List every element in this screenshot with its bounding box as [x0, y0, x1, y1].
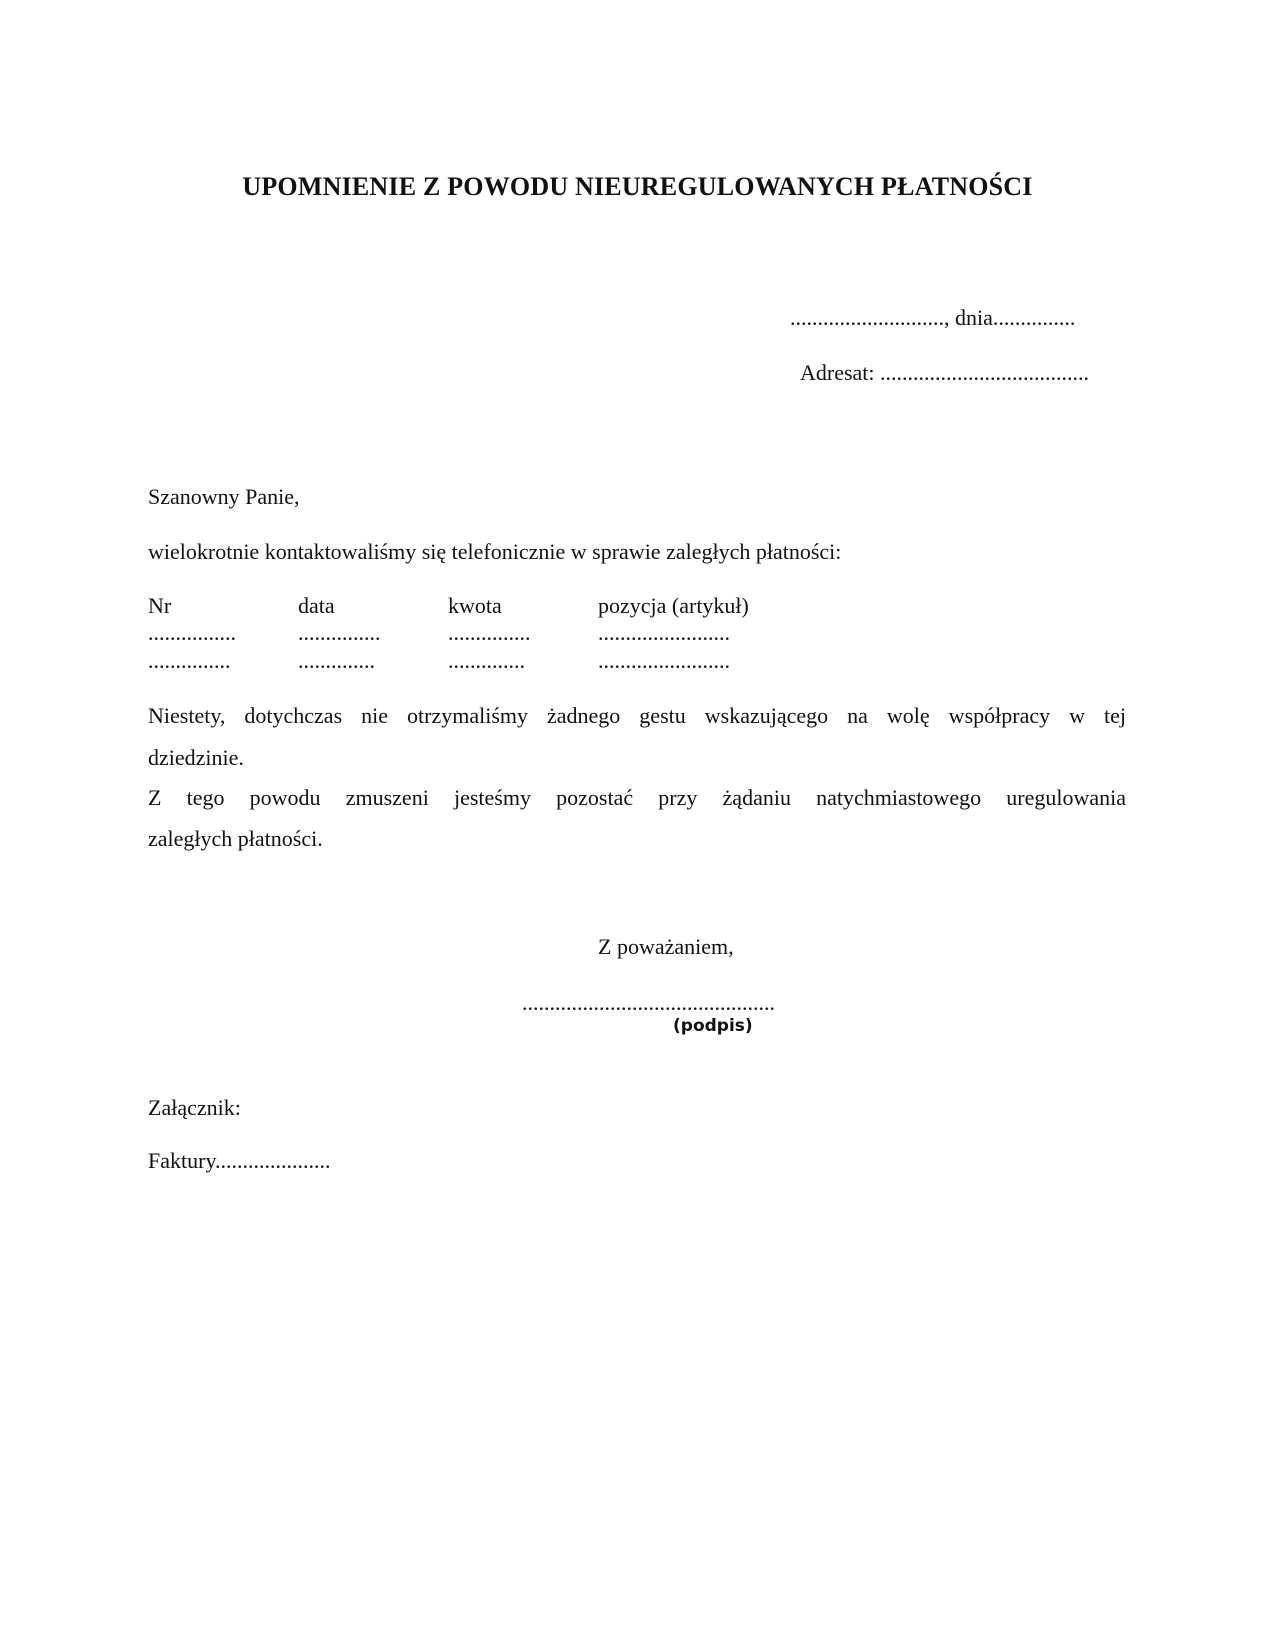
paragraph-2-line-2: zaległych płatności. [148, 826, 323, 852]
table-cell: ............... [148, 648, 231, 674]
document-title: UPOMNIENIE Z POWODU NIEUREGULOWANYCH PŁA… [0, 172, 1275, 202]
addressee-line: Adresat: ...............................… [800, 360, 1089, 386]
table-header-pozycja: pozycja (artykuł) [598, 593, 749, 619]
table-cell: .............. [298, 648, 375, 674]
signature-label: (podpis) [673, 1016, 753, 1036]
paragraph-1-line-2: dziedzinie. [148, 745, 244, 771]
table-cell: ........................ [598, 648, 730, 674]
table-cell: .............. [448, 648, 525, 674]
signature-line: ........................................… [522, 990, 775, 1016]
intro-text: wielokrotnie kontaktowaliśmy się telefon… [148, 539, 841, 565]
table-cell: ........................ [598, 620, 730, 646]
paragraph-2-line-1: Z tego powodu zmuszeni jesteśmy pozostać… [148, 785, 1126, 811]
table-header-nr: Nr [148, 593, 171, 619]
table-cell: ............... [298, 620, 381, 646]
table-header-data: data [298, 593, 335, 619]
table-cell: ................ [148, 620, 236, 646]
salutation: Szanowny Panie, [148, 484, 300, 510]
attachment-item: Faktury..................... [148, 1148, 331, 1174]
table-header-kwota: kwota [448, 593, 502, 619]
paragraph-1-line-1: Niestety, dotychczas nie otrzymaliśmy ża… [148, 703, 1126, 729]
closing: Z poważaniem, [598, 934, 734, 960]
table-cell: ............... [448, 620, 531, 646]
place-date-line: ............................, dnia......… [790, 305, 1075, 331]
attachment-label: Załącznik: [148, 1095, 241, 1121]
